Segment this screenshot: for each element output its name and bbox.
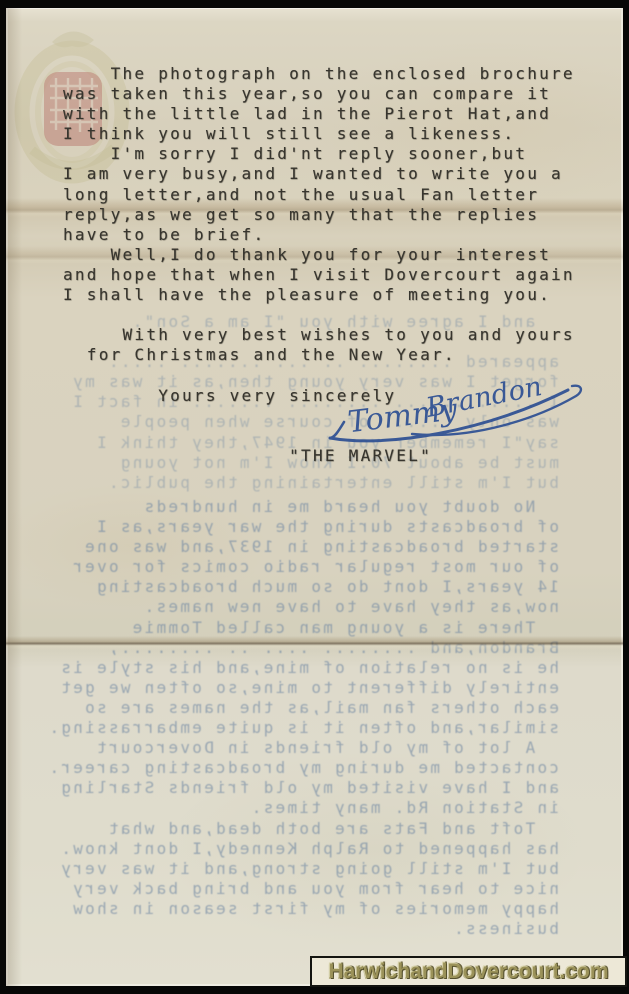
watermark-text: HarwichandDovercourt.com [328,960,608,984]
svg-text:Brandon: Brandon [423,371,545,424]
left-edge-shadow [6,8,22,986]
scanned-letter-photo: { "scan": { "watermark_text": "Harwichan… [0,0,629,994]
letter-page: and I agree with you "I am a Son". appea… [6,8,623,986]
fold-crease-lower [6,636,623,650]
signature-tommy-brandon: Tommy Brandon [324,370,596,454]
watermark-badge: HarwichandDovercourt.com [310,956,627,987]
bleedthrough-text-lower: No doubt you heard me in hundreds of bro… [47,497,559,939]
